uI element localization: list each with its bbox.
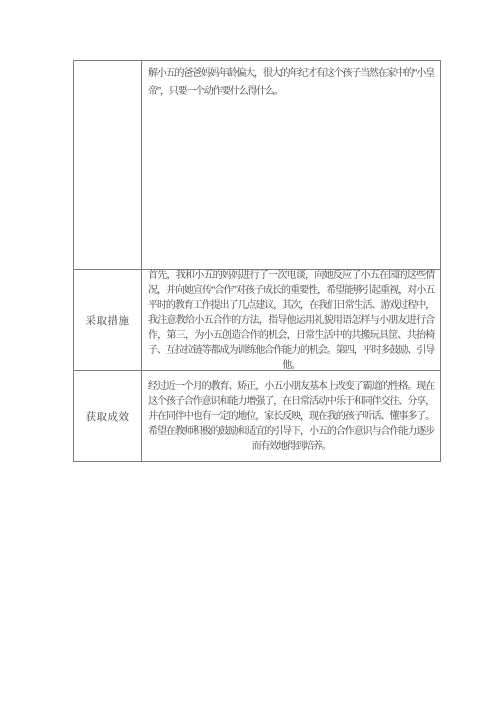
row3-content-cell: 经过近一个月的教育、矫正，小五小朋友基本上改变了霸道的性格。现在这个孩子合作意识… (141, 370, 440, 461)
education-record-table: 解小五的爸爸妈妈年龄偏大，很大的年纪才有这个孩子当然在家中的“小皇帝”，只要一个… (73, 60, 441, 462)
row3-content-text: 经过近一个月的教育、矫正，小五小朋友基本上改变了霸道的性格。现在这个孩子合作意识… (148, 379, 434, 454)
row2-label: 采取措施 (86, 313, 130, 328)
row1-content-cell: 解小五的爸爸妈妈年龄偏大，很大的年纪才有这个孩子当然在家中的“小皇帝”，只要一个… (141, 61, 440, 269)
row3-label-cell-results-obtained: 获取成效 (74, 370, 141, 461)
row2-label-cell-measures-taken: 采取措施 (74, 269, 141, 370)
row2-content-text: 首先，我和小五的妈妈进行了一次电谈，向她反应了小五在园的这些情况，并向她宣传“合… (148, 269, 434, 370)
row2-content-cell: 首先，我和小五的妈妈进行了一次电谈，向她反应了小五在园的这些情况，并向她宣传“合… (141, 269, 440, 370)
row1-content-text: 解小五的爸爸妈妈年龄偏大，很大的年纪才有这个孩子当然在家中的“小皇帝”，只要一个… (148, 65, 434, 100)
row3-label: 获取成效 (86, 409, 130, 424)
row1-label-cell (74, 61, 141, 269)
document-page: 解小五的爸爸妈妈年龄偏大，很大的年纪才有这个孩子当然在家中的“小皇帝”，只要一个… (0, 0, 500, 707)
